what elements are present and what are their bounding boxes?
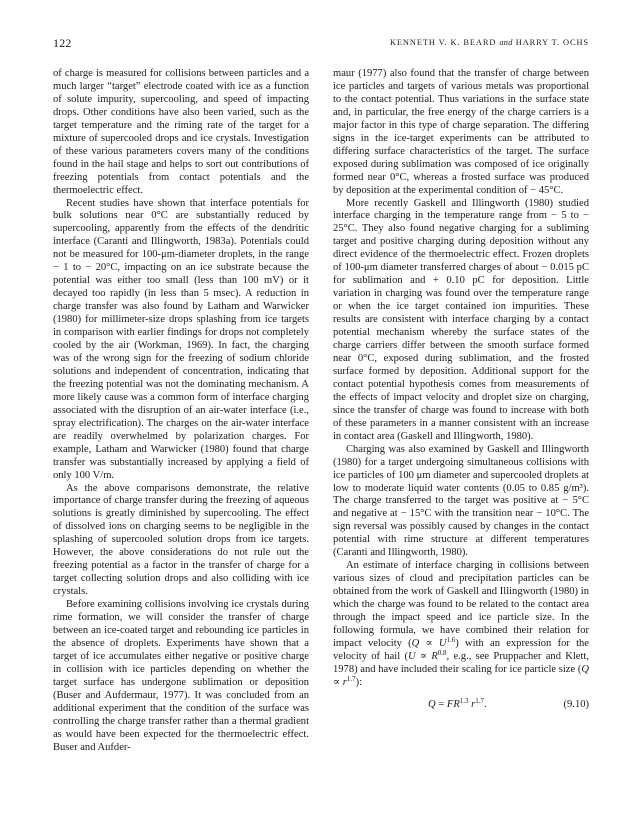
paragraph: Recent studies have shown that interface… (53, 198, 309, 483)
paragraph: of charge is measured for collisions bet… (53, 68, 309, 198)
paragraph: As the above comparisons demonstrate, th… (53, 483, 309, 600)
paragraph: maur (1977) also found that the transfer… (333, 68, 589, 198)
paragraph: Before examining collisions involving ic… (53, 599, 309, 754)
header-authors: Kenneth V. K. Beard and Harry T. Ochs (390, 38, 589, 47)
paragraph: Charging was also examined by Gaskell an… (333, 444, 589, 561)
page-number: 122 (53, 36, 72, 51)
equation-number: (9.10) (564, 699, 589, 712)
header-author-2: Harry T. Ochs (516, 38, 589, 47)
header-author-conjunction: and (499, 38, 512, 47)
left-column: of charge is measured for collisions bet… (53, 68, 309, 755)
paragraph: An estimate of interface charging in col… (333, 560, 589, 690)
running-head: 122 Kenneth V. K. Beard and Harry T. Och… (53, 36, 589, 52)
header-author-1: Kenneth V. K. Beard (390, 38, 496, 47)
equation-body: Q = FR1.3 r1.7. (428, 699, 487, 712)
right-column: maur (1977) also found that the transfer… (333, 68, 589, 713)
paragraph: More recently Gaskell and Illingworth (1… (333, 198, 589, 444)
equation-9-10: Q = FR1.3 r1.7. (9.10) (333, 699, 589, 713)
